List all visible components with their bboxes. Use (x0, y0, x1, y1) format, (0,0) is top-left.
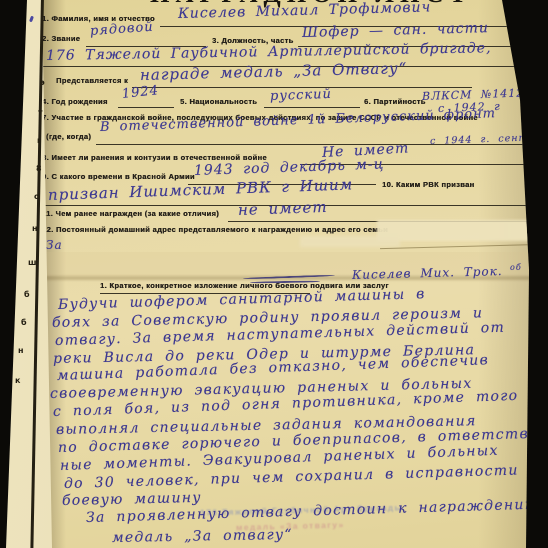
presented-label: Представляется к (56, 76, 128, 85)
podvig-line: боевую машину (62, 490, 202, 509)
field-4-rule (118, 107, 174, 108)
binding-mark: б (21, 318, 27, 327)
corner-mark: об (510, 263, 522, 272)
field-5-value: русский (270, 87, 332, 104)
field-12-label: 12. Постоянный домашний адрес представля… (42, 225, 388, 234)
document-page: НАГРАДНОЙ ЛИСТ 1. Фамилия, имя и отчеств… (0, 0, 548, 548)
redaction-smudge (300, 236, 400, 247)
field-7-label-2: (где, когда) (46, 132, 91, 141)
binding-mark: к (15, 376, 20, 385)
field-5-rule (264, 107, 360, 108)
field-5-label: 5. Национальность (180, 97, 257, 106)
field-6-label: 6. Партийность (364, 97, 426, 106)
binding-mark: н (18, 346, 24, 355)
binding-mark: о (34, 192, 40, 201)
binding-mark: 8 (36, 164, 42, 173)
binding-mark: б (24, 290, 30, 299)
podvig-line: медаль „За отвагу“ (112, 527, 293, 546)
binding-mark: г (37, 136, 41, 145)
scanned-award-sheet: НАГРАДНОЙ ЛИСТ 1. Фамилия, имя и отчеств… (0, 0, 548, 548)
binding-mark: н (32, 224, 38, 233)
binding-mark: т (38, 108, 43, 117)
field-11-label: 11. Чем ранее награжден (за какие отличи… (42, 209, 219, 218)
field-11-value: не имеет (238, 198, 328, 219)
field-4-label: 4. Год рождения (42, 97, 108, 106)
field-2-label: 2. Звание (42, 34, 80, 43)
field-7-rule (96, 144, 532, 145)
binding-mark: ш (28, 258, 37, 267)
binding-mark: э (40, 78, 45, 87)
redaction-box (377, 220, 540, 241)
field-12-partial-value: За (46, 238, 63, 252)
field-10-label: 10. Каким РВК призван (382, 180, 474, 189)
field-9-label: 9. С какого времени в Красной Армии (42, 172, 195, 181)
